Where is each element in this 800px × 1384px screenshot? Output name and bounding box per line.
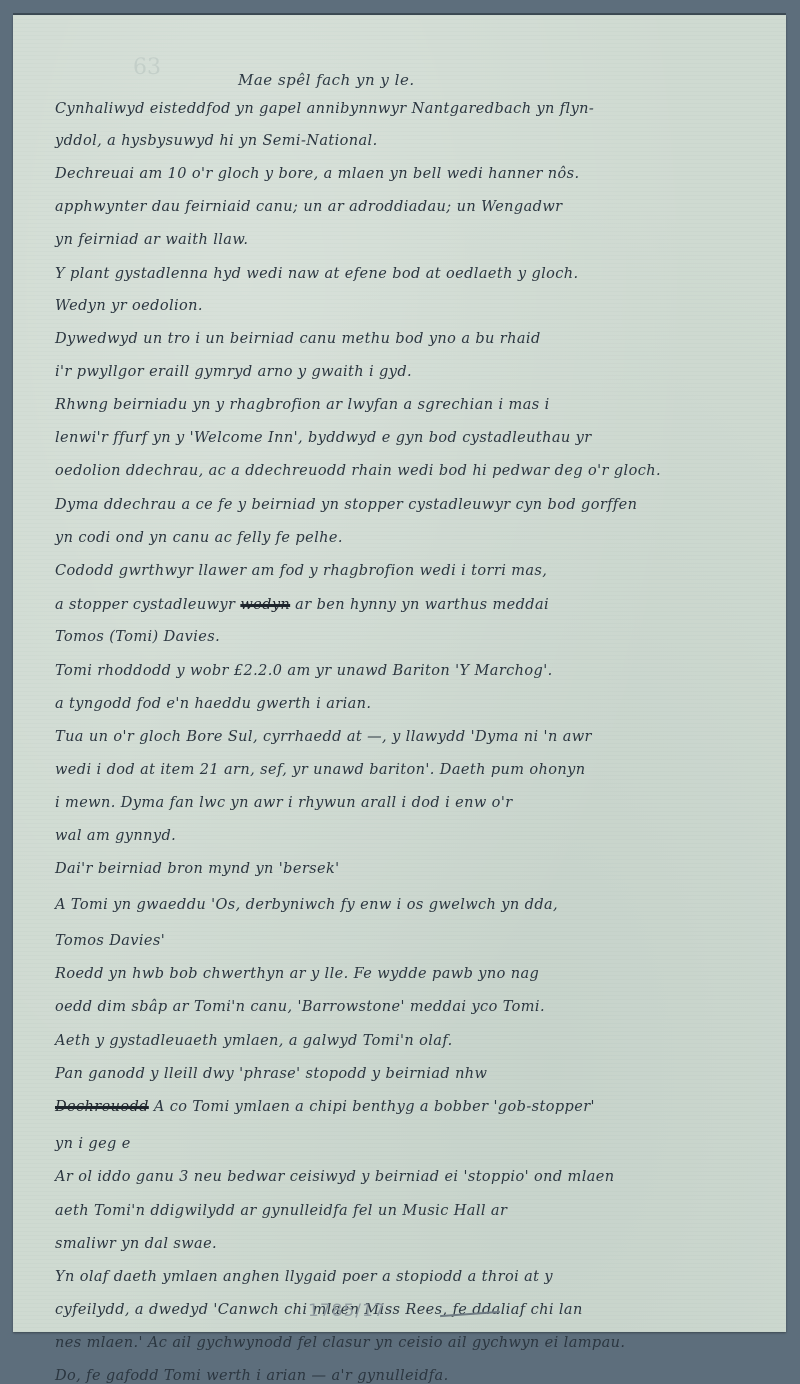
manuscript-line: Tomos (Tomi) Davies.: [55, 629, 220, 645]
manuscript-line: oedolion ddechrau, ac a ddechreuodd rhai…: [55, 463, 661, 479]
manuscript-line: yn feirniad ar waith llaw.: [55, 232, 248, 248]
manuscript-line: nes mlaen.' Ac ail gychwynodd fel clasur…: [55, 1335, 625, 1351]
manuscript-line: Roedd yn hwb bob chwerthyn ar y lle. Fe …: [55, 966, 539, 982]
manuscript-line: wal am gynnyd.: [55, 828, 176, 844]
archive-reference: 1785/17: [308, 1301, 386, 1321]
manuscript-line: wedi i dod at item 21 arn, sef, yr unawd…: [55, 762, 585, 778]
manuscript-line: i'r pwyllgor eraill gymryd arno y gwaith…: [55, 364, 412, 380]
manuscript-title: Mae spêl fach yn y le.: [238, 71, 415, 89]
manuscript-line: yn i geg e: [55, 1136, 131, 1152]
struck-out-word: wedyn: [240, 597, 290, 613]
manuscript-line: i mewn. Dyma fan lwc yn awr i rhywun ara…: [55, 795, 513, 811]
manuscript-line: yn codi ond yn canu ac felly fe pelhe.: [55, 530, 343, 546]
manuscript-line: apphwynter dau feirniaid canu; un ar adr…: [55, 199, 562, 215]
struck-out-word: Dechreuodd: [55, 1099, 149, 1115]
manuscript-line: Dyma ddechrau a ce fe y beirniad yn stop…: [55, 497, 637, 513]
manuscript-line: A Tomi yn gwaeddu 'Os, derbyniwch fy enw…: [55, 897, 558, 913]
manuscript-line: smaliwr yn dal swae.: [55, 1236, 217, 1252]
manuscript-line: Tomos Davies': [55, 933, 165, 949]
manuscript-page: 63 Mae spêl fach yn y le. Cynhaliwyd eis…: [13, 15, 786, 1332]
manuscript-line: aeth Tomi'n ddigwilydd ar gynulleidfa fe…: [55, 1203, 507, 1219]
manuscript-line: oedd dim sbâp ar Tomi'n canu, 'Barrowsto…: [55, 999, 545, 1015]
manuscript-line: Y plant gystadlenna hyd wedi naw at efen…: [55, 266, 579, 282]
manuscript-line: Cynhaliwyd eisteddfod yn gapel annibynnw…: [55, 101, 594, 117]
manuscript-line: a stopper cystadleuwyr wedyn ar ben hynn…: [55, 597, 549, 613]
manuscript-line: Dechreuodd A co Tomi ymlaen a chipi bent…: [55, 1099, 595, 1115]
scan-background: 63 Mae spêl fach yn y le. Cynhaliwyd eis…: [0, 0, 800, 1375]
manuscript-line: Pan ganodd y lleill dwy 'phrase' stopodd…: [55, 1066, 487, 1082]
manuscript-line: Cododd gwrthwyr llawer am fod y rhagbrof…: [55, 563, 547, 579]
manuscript-line: a tyngodd fod e'n haeddu gwerth i arian.: [55, 696, 371, 712]
manuscript-line: Ar ol iddo ganu 3 neu bedwar ceisiwyd y …: [55, 1169, 615, 1185]
manuscript-line: Do, fe gafodd Tomi werth i arian — a'r g…: [55, 1368, 449, 1375]
page-number-watermark: 63: [133, 55, 161, 80]
manuscript-line: lenwi'r ffurf yn y 'Welcome Inn', byddwy…: [55, 430, 592, 446]
manuscript-line: Yn olaf daeth ymlaen anghen llygaid poer…: [55, 1269, 553, 1285]
manuscript-line: Dywedwyd un tro i un beirniad canu methu…: [55, 331, 541, 347]
manuscript-line: Wedyn yr oedolion.: [55, 298, 203, 314]
manuscript-line: Tua un o'r gloch Bore Sul, cyrrhaedd at …: [55, 729, 592, 745]
manuscript-line: Dechreuai am 10 o'r gloch y bore, a mlae…: [55, 166, 580, 182]
manuscript-line: yddol, a hysbysuwyd hi yn Semi-National.: [55, 133, 378, 149]
manuscript-line: Tomi rhoddodd y wobr £2.2.0 am yr unawd …: [55, 663, 553, 679]
manuscript-line: Dai'r beirniad bron mynd yn 'bersek': [55, 861, 340, 877]
manuscript-line: Aeth y gystadleuaeth ymlaen, a galwyd To…: [55, 1033, 453, 1049]
manuscript-line: Rhwng beirniadu yn y rhagbrofion ar lwyf…: [55, 397, 550, 413]
